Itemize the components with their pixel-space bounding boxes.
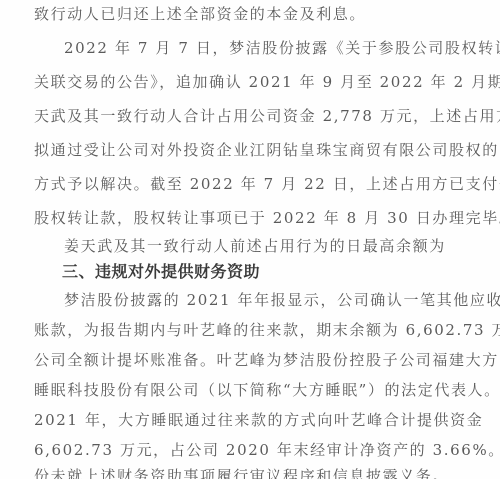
text-line: 姜天武及其一致行动人前述占用行为的日最高余额为 [64,236,464,256]
text-line: 股权转让款，股权转让事项已于 2022 年 8 月 30 日办理完毕。 [34,208,464,228]
section-heading: 三、违规对外提供财务资助 [62,262,260,282]
text-line: 公司全额计提坏账准备。叶艺峰为梦洁股份控股子公司福建大方 [34,350,464,370]
text-line: 份未就上述财务资助事项履行审议程序和信息披露义务。 [34,466,464,479]
document-page: 致行动人已归还上述全部资金的本金及利息。 2022 年 7 月 7 日，梦洁股份… [0,0,500,479]
text-line: 2021 年，大方睡眠通过往来款的方式向叶艺峰合计提供资金 [34,410,464,430]
text-line: 方式予以解决。截至 2022 年 7 月 22 日，上述占用方已支付全部 [34,174,464,194]
text-line: 拟通过受让公司对外投资企业江阴钻皇珠宝商贸有限公司股权的 [34,140,464,160]
text-line: 6,602.73 万元，占公司 2020 年末经审计净资产的 3.66%。梦洁股 [34,440,464,460]
text-line: 梦洁股份披露的 2021 年年报显示，公司确认一笔其他应收 [64,290,464,310]
text-line: 账款，为报告期内与叶艺峰的往来款，期末余额为 6,602.73 万元， [34,320,464,340]
text-line: 关联交易的公告》，追加确认 2021 年 9 月至 2022 年 2 月期间，姜 [34,72,464,92]
text-line: 2022 年 7 月 7 日，梦洁股份披露《关于参股公司股权转让暨 [64,38,464,58]
text-line: 天武及其一致行动人合计占用公司资金 2,778 万元，上述占用方 [34,106,464,126]
text-line: 致行动人已归还上述全部资金的本金及利息。 [34,4,464,24]
text-line: 睡眠科技股份有限公司（以下简称“大方睡眠”）的法定代表人。 [34,380,464,400]
